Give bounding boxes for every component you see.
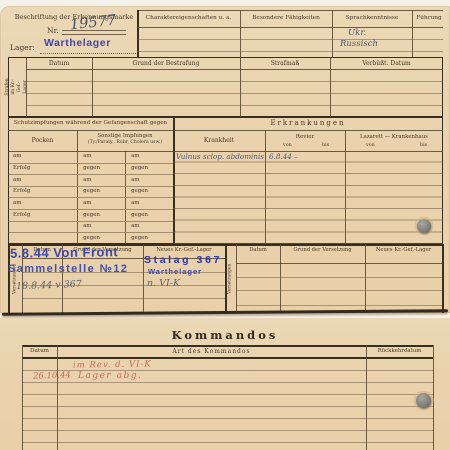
rule xyxy=(26,69,443,70)
cell: gegen xyxy=(125,232,173,244)
col-datum: Datum xyxy=(236,247,280,253)
stamp-sammelstelle: Sammelstelle №12 xyxy=(8,263,128,275)
rule xyxy=(26,81,443,82)
rule xyxy=(22,298,225,299)
stamp-from-front: 5.8.44 Von Front xyxy=(10,244,118,261)
scanned-pow-record: Beschriftung der Erkennungsmarke Nr. 195… xyxy=(0,0,450,450)
col-grund-bestrafung: Grund der Bestrafung xyxy=(92,60,240,67)
illness-entry: Vulnus sclop. abdominis xyxy=(176,152,264,161)
rule xyxy=(366,345,367,450)
vaccination-grid: am am am Erfolg gegen gegen am am am Erf… xyxy=(8,151,173,244)
cell-empty xyxy=(8,221,77,233)
personnel-card: Beschriftung der Erkennungsmarke Nr. 195… xyxy=(0,6,450,313)
cell: am xyxy=(8,151,77,163)
rule xyxy=(22,382,433,383)
nr-label: Nr. xyxy=(47,26,59,35)
col-sonstige-2: (Ty./Paraty., Ruhr, Cholera usw.) xyxy=(77,140,173,145)
kommandos-row1-entry: im Rev. d. VI-K xyxy=(73,359,152,370)
illness-rows xyxy=(173,151,443,244)
col-sonstige-1: Sonstige Impfungen xyxy=(77,133,173,139)
cell: am xyxy=(8,197,77,209)
lager-stamp: Warthelager xyxy=(44,37,111,49)
rule xyxy=(92,57,93,117)
lazarett-bis: bis xyxy=(420,143,427,148)
rule xyxy=(365,244,366,313)
lager-label: Lager: xyxy=(10,43,35,52)
cell: gegen xyxy=(77,163,125,175)
punishments-side-label: Strafen im Kr.-Gef.-Lager xyxy=(8,57,26,117)
kommandos-card: Kommandos Datum Art des Kommandos Rückke… xyxy=(0,318,450,450)
pencil-transfer-entry: 18.8.44 v 367 xyxy=(16,279,82,292)
col-art-kommandos: Art des Kommandos xyxy=(57,348,366,355)
rule xyxy=(22,430,433,431)
stamp-warthelager: Warthelager xyxy=(148,267,202,276)
illness-revier-from: 6.8.44 – xyxy=(269,152,298,161)
cell: am xyxy=(8,174,77,186)
rule xyxy=(22,394,433,395)
rule xyxy=(240,57,241,117)
rule xyxy=(22,442,433,443)
rule xyxy=(137,51,443,52)
rule xyxy=(433,345,434,450)
cell: am xyxy=(125,221,173,233)
cell: am xyxy=(77,221,125,233)
col-lazarett: Lazarett — Krankenhaus xyxy=(345,134,443,140)
rule xyxy=(137,39,443,40)
col-abilities: Besondere Fähigkeiten xyxy=(240,15,332,21)
illnesses-title: Erkrankungen xyxy=(173,119,443,127)
rule xyxy=(236,244,237,313)
rule xyxy=(26,105,443,106)
col-languages: Sprachkenntnisse xyxy=(332,15,412,21)
col-revier: Revier xyxy=(265,134,345,140)
cell: am xyxy=(125,197,173,209)
kommandos-row2-entry: Lager abg. xyxy=(78,371,142,381)
rule xyxy=(137,10,443,11)
cell: gegen xyxy=(125,163,173,175)
cell: am xyxy=(77,174,125,186)
rule xyxy=(22,406,433,407)
rule xyxy=(280,244,281,313)
col-krankheit: Krankheit xyxy=(173,137,265,144)
rule xyxy=(22,345,433,347)
cell: gegen xyxy=(77,209,125,221)
rule xyxy=(236,263,442,264)
col-datum: Datum xyxy=(26,60,92,67)
rule xyxy=(57,345,58,450)
rule xyxy=(442,244,444,313)
rule xyxy=(8,130,173,131)
language-entry-2: Russisch xyxy=(340,39,378,49)
stamp-stalag: Stalag 367 xyxy=(144,254,222,266)
kommandos-row2-date: 26.10.44 xyxy=(33,370,71,381)
col-character: Charaktereigenschaften u. a. xyxy=(137,15,240,21)
cell: Erfolg xyxy=(8,163,77,175)
lazarett-von: von xyxy=(366,143,375,148)
rule xyxy=(26,93,443,94)
rule xyxy=(236,277,442,278)
pencil-transfer-destination: n. VI-K xyxy=(147,278,180,289)
rule xyxy=(236,305,442,306)
col-neues-lager: Neues Kr.-Gef.-Lager xyxy=(143,247,225,253)
rule xyxy=(173,130,443,131)
rule xyxy=(22,418,433,419)
language-entry-1: Ukr. xyxy=(348,28,366,38)
cell: gegen xyxy=(125,209,173,221)
revier-von: von xyxy=(283,143,292,148)
cell: am xyxy=(77,151,125,163)
cell: gegen xyxy=(77,232,125,244)
rule xyxy=(137,27,443,28)
rule xyxy=(330,57,331,117)
col-strafmass: Strafmaß xyxy=(240,60,330,67)
cell-empty xyxy=(8,232,77,244)
cell: am xyxy=(125,151,173,163)
col-conduct: Führung xyxy=(412,15,446,21)
cell: am xyxy=(125,174,173,186)
rule xyxy=(77,130,78,151)
rule xyxy=(236,290,442,291)
vaccinations-title: Schutzimpfungen während der Gefangenscha… xyxy=(8,120,173,126)
cell: gegen xyxy=(125,186,173,198)
hole-punch xyxy=(416,393,431,408)
rule xyxy=(22,357,433,359)
col-pocken: Pocken xyxy=(8,137,77,144)
col-verbuesst: Verbüßt. Datum xyxy=(330,60,443,67)
cell: gegen xyxy=(77,186,125,198)
col-grund-versetzung: Grund der Versetzung xyxy=(280,247,365,253)
kommandos-title: Kommandos xyxy=(0,328,450,342)
cell: Erfolg xyxy=(8,209,77,221)
transfers-side-label-right: Versetzungen xyxy=(225,244,236,313)
rule xyxy=(22,345,23,450)
col-neues-lager: Neues Kr.-Gef.-Lager xyxy=(365,247,442,253)
cell: Erfolg xyxy=(8,186,77,198)
hole-punch xyxy=(417,219,431,233)
col-datum: Datum xyxy=(22,348,57,354)
col-rueckkehrdatum: Rückkehrdatum xyxy=(366,348,433,354)
cell: am xyxy=(77,197,125,209)
revier-bis: bis xyxy=(322,143,329,148)
